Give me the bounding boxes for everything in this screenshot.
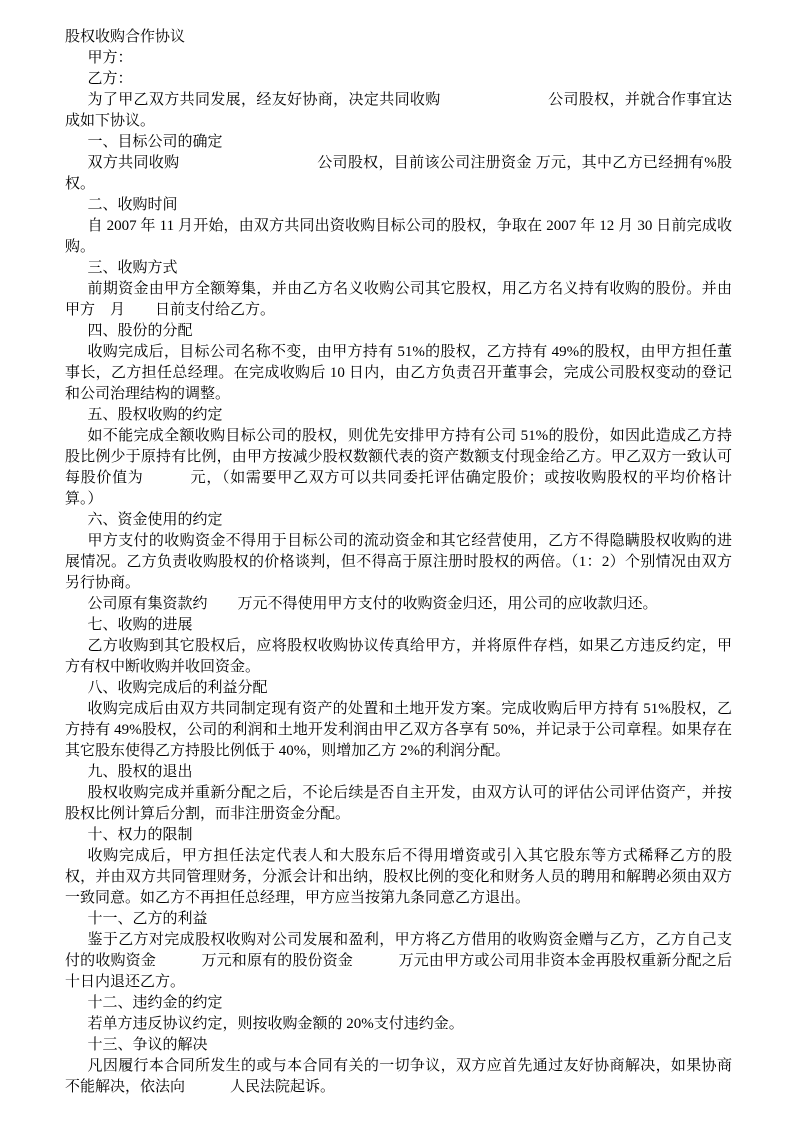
section-heading: 十一、乙方的利益 <box>65 909 732 930</box>
section-heading: 八、收购完成后的利益分配 <box>65 678 732 699</box>
section-paragraph: 收购完成后，目标公司名称不变，由甲方持有 51%的股权，乙方持有 49%的股权，… <box>65 342 732 405</box>
section-heading: 十二、违约金的约定 <box>65 993 732 1014</box>
section-paragraph: 股权收购完成并重新分配之后，不论后续是否自主开发，由双方认可的评估公司评估资产，… <box>65 783 732 825</box>
section-paragraph: 公司原有集资款约 万元不得使用甲方支付的收购资金归还，用公司的应收款归还。 <box>65 594 732 615</box>
preamble-paragraph: 为了甲乙双方共同发展，经友好协商，决定共同收购 公司股权，并就合作事宜达成如下协… <box>65 90 732 132</box>
section-heading: 一、目标公司的确定 <box>65 132 732 153</box>
party-b-line: 乙方： <box>65 69 732 90</box>
section-heading: 九、股权的退出 <box>65 762 732 783</box>
section-heading: 七、收购的进展 <box>65 615 732 636</box>
section-paragraph: 前期资金由甲方全额筹集，并由乙方名义收购公司其它股权，用乙方名义持有收购的股份。… <box>65 279 732 321</box>
section-heading: 十、权力的限制 <box>65 825 732 846</box>
section-heading: 五、股权收购的约定 <box>65 405 732 426</box>
section-paragraph: 收购完成后，甲方担任法定代表人和大股东后不得用增资或引入其它股东等方式稀释乙方的… <box>65 846 732 909</box>
party-a-line: 甲方： <box>65 48 732 69</box>
section-paragraph: 自 2007 年 11 月开始，由双方共同出资收购目标公司的股权，争取在 200… <box>65 216 732 258</box>
section-heading: 四、股份的分配 <box>65 321 732 342</box>
section-paragraph: 收购完成后由双方共同制定现有资产的处置和土地开发方案。完成收购后甲方持有 51%… <box>65 699 732 762</box>
section-paragraph: 甲方支付的收购资金不得用于目标公司的流动资金和其它经营使用，乙方不得隐瞒股权收购… <box>65 531 732 594</box>
section-paragraph: 乙方收购到其它股权后，应将股权收购协议传真给甲方，并将原件存档，如果乙方违反约定… <box>65 636 732 678</box>
document-page: 股权收购合作协议 甲方： 乙方： 为了甲乙双方共同发展，经友好协商，决定共同收购… <box>0 0 794 1123</box>
section-heading: 二、收购时间 <box>65 195 732 216</box>
section-paragraph: 若单方违反协议约定，则按收购金额的 20%支付违约金。 <box>65 1014 732 1035</box>
section-paragraph: 鉴于乙方对完成股权收购对公司发展和盈利，甲方将乙方借用的收购资金赠与乙方，乙方自… <box>65 930 732 993</box>
document-title: 股权收购合作协议 <box>65 27 732 48</box>
section-paragraph: 凡因履行本合同所发生的或与本合同有关的一切争议，双方应首先通过友好协商解决，如果… <box>65 1056 732 1098</box>
section-paragraph: 双方共同收购 公司股权，目前该公司注册资金 万元，其中乙方已经拥有%股权。 <box>65 153 732 195</box>
section-paragraph: 如不能完成全额收购目标公司的股权，则优先安排甲方持有公司 51%的股份，如因此造… <box>65 426 732 510</box>
sections-container: 一、目标公司的确定双方共同收购 公司股权，目前该公司注册资金 万元，其中乙方已经… <box>65 132 732 1098</box>
section-heading: 六、资金使用的约定 <box>65 510 732 531</box>
section-heading: 十三、争议的解决 <box>65 1035 732 1056</box>
section-heading: 三、收购方式 <box>65 258 732 279</box>
